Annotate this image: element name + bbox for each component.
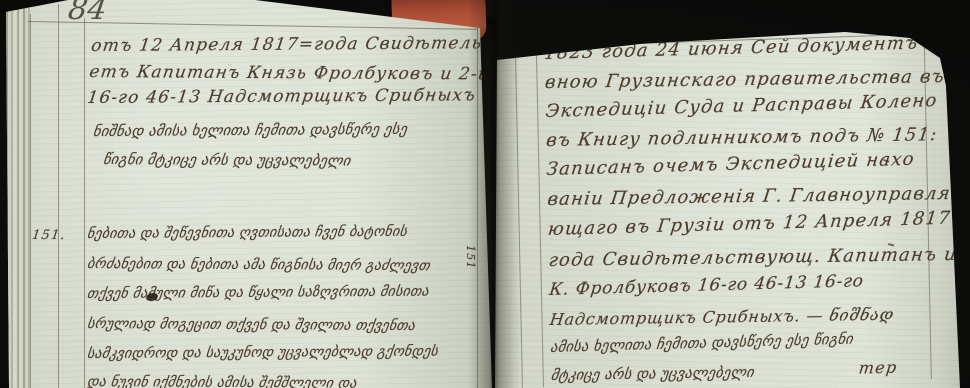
- left-edge-annotation: 151: [464, 245, 477, 270]
- manuscript-line: თქვენ მამული მიწა და წყალი საზღვრითა მის…: [86, 284, 430, 302]
- manuscript-line: სამკვიდროდ და საუკუნოდ უცვალებლად გქონდე…: [86, 344, 439, 362]
- right-folio-number: 459: [890, 0, 925, 24]
- right-margin-rule-2: [536, 47, 544, 387]
- manuscript-line: ющаго въ Грузiи отъ 12 Апреля 1817: [547, 208, 952, 240]
- manuscript-line: Экспедицiи Суда и Расправы Колено: [544, 90, 938, 122]
- manuscript-line: და ნუვინ იქმნების ამისა შემშლელი და: [86, 374, 358, 388]
- manuscript-line: ნიშნად ამისა ხელითა ჩემითა დავსწერე ესე: [92, 122, 408, 140]
- left-folio-number: 84: [66, 0, 109, 27]
- right-margin-rule-1: [515, 46, 523, 388]
- left-leaf-edges: [6, 0, 32, 388]
- manuscript-line: вною Грузинскаго правительства въ: [544, 66, 946, 93]
- manuscript-line: 1823 года 24 июня Сей документъ Верхо: [543, 31, 970, 64]
- manuscript-photo: 84 151. 151 отъ 12 Апреля 1817=года Свид…: [0, 0, 970, 388]
- left-margin-rule-1: [30, 14, 31, 388]
- manuscript-line: года Свидѣтельствующ. Капитанъ и: [548, 244, 959, 271]
- left-page: 84 151. 151 отъ 12 Апреля 1817=года Свид…: [0, 0, 492, 388]
- manuscript-line: ამისა ხელითა ჩემითა დავსწერე ესე წიგნი: [549, 331, 854, 355]
- manuscript-line: ბრძანებით და ნებითა ამა წიგნისა მიერ გაძ…: [86, 256, 431, 274]
- gutter-crack: [485, 18, 497, 52]
- manuscript-line: 16-го 46-13 Надсмотрщикъ Срибныхъ —: [86, 85, 502, 108]
- left-margin-entry-number: 151.: [31, 228, 67, 243]
- catchword: тер: [858, 358, 899, 378]
- manuscript-line: Записанъ очемъ Экспедицiей нахо: [546, 149, 916, 180]
- manuscript-line: Надсмотрщикъ Срибныхъ. — ნიშნად: [549, 305, 896, 329]
- manuscript-line: სრულიად მოგეცით თქვენ და შვილთა თქვენთა: [86, 316, 416, 334]
- manuscript-line: ნებითა და შეწევნითა ღვთისათა ჩვენ ბატონი…: [86, 224, 408, 242]
- manuscript-line: отъ 12 Апреля 1817=года Свидѣтельству: [90, 33, 534, 56]
- manuscript-line: წიგნი მტკიცე არს და უცვალებელი: [102, 152, 352, 170]
- right-page: 459 1823 года 24 июня Сей документъ Верх…: [490, 0, 970, 388]
- manuscript-line: ванiи Предложенiя Г. Главноуправляю: [546, 183, 969, 210]
- right-page-content: 459 1823 года 24 июня Сей документъ Верх…: [482, 0, 970, 388]
- left-margin-rule-2: [58, 4, 59, 388]
- left-margin-rule-3: [84, 18, 85, 388]
- manuscript-line: მტკიცე არს და უცვალებელი: [550, 365, 755, 384]
- manuscript-line: етъ Капитанъ Князь Фролбуковъ и 2-й: [88, 62, 492, 84]
- manuscript-line: К. Фролбуковъ 16-го 46-13 16-го: [548, 271, 865, 300]
- manuscript-line: въ Книгу подлинникомъ подъ № 151:: [545, 124, 939, 151]
